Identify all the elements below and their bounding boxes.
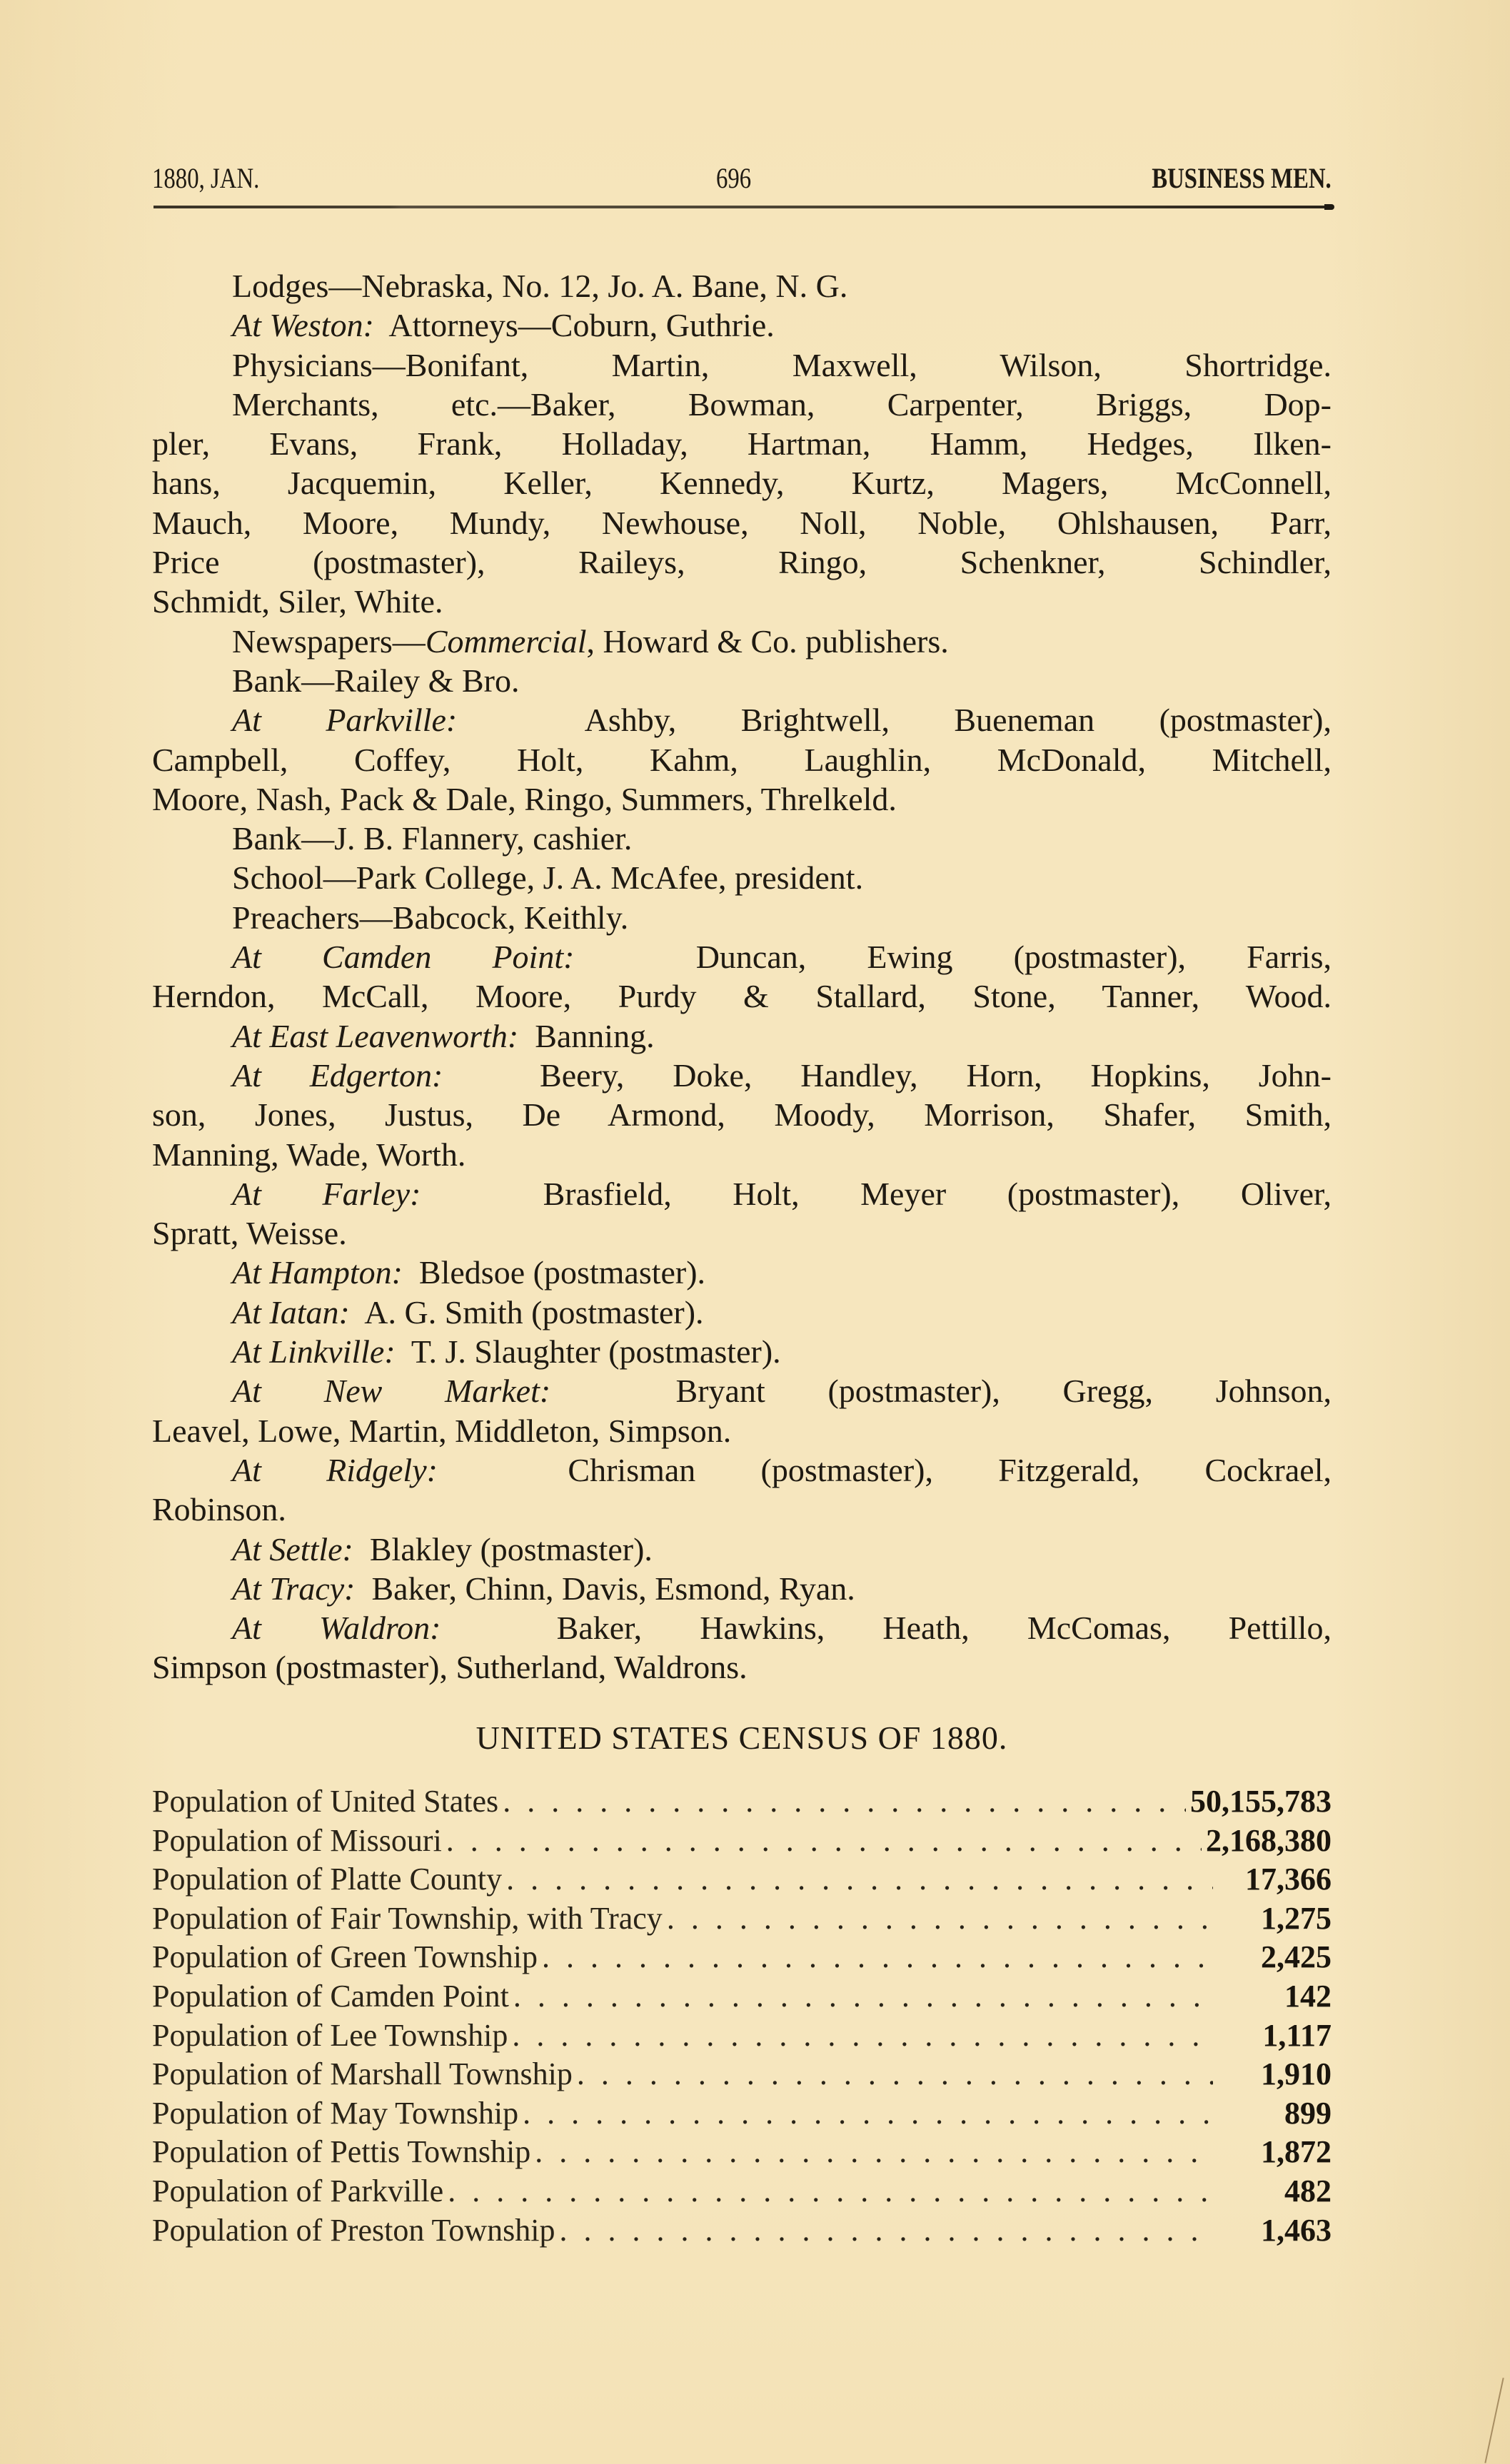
dot-leader: . . . . . . . . . . . . . . . . . . . . … — [503, 1782, 1186, 1822]
place-name: At Hampton: — [232, 1254, 403, 1291]
text-line: At Parkville: Ashby, Brightwell, Buenema… — [152, 700, 1332, 739]
text-line: Manning, Wade, Worth. — [152, 1135, 1332, 1174]
census-label: Population of Pettis Township — [152, 2133, 530, 2172]
entry-text: Mauch, Moore, Mundy, Newhouse, Noll, Nob… — [152, 505, 1332, 541]
text-line: Simpson (postmaster), Sutherland, Waldro… — [152, 1647, 1332, 1687]
entry-text: A. G. Smith (postmaster). — [350, 1294, 704, 1331]
census-value: 899 — [1217, 2094, 1332, 2134]
entry-text: Duncan, Ewing (postmaster), Farris, — [574, 939, 1332, 975]
text-line: At Waldron: Baker, Hawkins, Heath, McCom… — [152, 1608, 1332, 1647]
dot-leader: . . . . . . . . . . . . . . . . . . . . … — [559, 2211, 1213, 2251]
entry-text: School—Park College, J. A. McAfee, presi… — [232, 859, 863, 896]
census-label: Population of Parkville — [152, 2172, 443, 2211]
census-table: Population of United States. . . . . . .… — [152, 1782, 1332, 2250]
place-name: At Edgerton: — [232, 1057, 443, 1094]
text-line: Bank—Railey & Bro. — [152, 661, 1332, 700]
census-row: Population of Parkville. . . . . . . . .… — [152, 2172, 1332, 2211]
entry-text: Physicians—Bonifant, Martin, Maxwell, Wi… — [232, 347, 1332, 383]
dot-leader: . . . . . . . . . . . . . . . . . . . . … — [535, 2133, 1213, 2172]
dot-leader: . . . . . . . . . . . . . . . . . . . . … — [667, 1899, 1213, 1939]
entry-text: Banning. — [518, 1018, 654, 1054]
entry-text: Leavel, Lowe, Martin, Middleton, Simpson… — [152, 1413, 731, 1449]
text-line: Herndon, McCall, Moore, Purdy & Stallard… — [152, 976, 1332, 1016]
entry-text: Spratt, Weisse. — [152, 1215, 347, 1251]
text-line: Price (postmaster), Raileys, Ringo, Sche… — [152, 542, 1332, 582]
entry-text: T. J. Slaughter (postmaster). — [396, 1333, 781, 1370]
census-value: 1,910 — [1217, 2055, 1332, 2094]
text-line: Schmidt, Siler, White. — [152, 582, 1332, 621]
entry-text: pler, Evans, Frank, Holladay, Hartman, H… — [152, 425, 1332, 462]
place-name: Commercial — [426, 623, 587, 660]
entry-text: Moore, Nash, Pack & Dale, Ringo, Summers… — [152, 781, 897, 817]
text-line: At East Leavenworth: Banning. — [152, 1016, 1332, 1056]
place-name: At Linkville: — [232, 1333, 396, 1370]
place-name: At Weston: — [232, 307, 374, 343]
entry-text: Ashby, Brightwell, Bueneman (postmaster)… — [457, 702, 1332, 738]
entry-text: Preachers—Babcock, Keithly. — [232, 899, 628, 936]
text-line: At Weston: Attorneys—Coburn, Guthrie. — [152, 306, 1332, 345]
entry-text: Attorneys—Coburn, Guthrie. — [374, 307, 775, 343]
text-line: Moore, Nash, Pack & Dale, Ringo, Summers… — [152, 779, 1332, 819]
dot-leader: . . . . . . . . . . . . . . . . . . . . … — [523, 2094, 1213, 2134]
text-line: Campbell, Coffey, Holt, Kahm, Laughlin, … — [152, 740, 1332, 779]
census-label: Population of Camden Point — [152, 1977, 509, 2016]
census-label: Population of Preston Township — [152, 2211, 555, 2251]
running-head-date: 1880, JAN. — [152, 161, 259, 195]
census-row: Population of United States. . . . . . .… — [152, 1782, 1332, 1822]
entry-text: Herndon, McCall, Moore, Purdy & Stallard… — [152, 978, 1332, 1014]
dot-leader: . . . . . . . . . . . . . . . . . . . . … — [506, 1860, 1213, 1899]
entry-text: Simpson (postmaster), Sutherland, Waldro… — [152, 1649, 748, 1685]
dot-leader: . . . . . . . . . . . . . . . . . . . . … — [513, 1977, 1213, 2016]
text-line: Mauch, Moore, Mundy, Newhouse, Noll, Nob… — [152, 503, 1332, 542]
text-line: At Ridgely: Chrisman (postmaster), Fitzg… — [152, 1450, 1332, 1490]
text-line: At Edgerton: Beery, Doke, Handley, Horn,… — [152, 1056, 1332, 1095]
entry-text: Manning, Wade, Worth. — [152, 1136, 465, 1173]
entry-text: Bledsoe (postmaster). — [403, 1254, 705, 1291]
census-label: Population of Green Township — [152, 1938, 538, 1977]
entry-text: Merchants, etc.—Baker, Bowman, Carpenter… — [232, 386, 1332, 423]
entry-text: , Howard & Co. publishers. — [587, 623, 949, 660]
text-line: At Linkville: T. J. Slaughter (postmaste… — [152, 1332, 1332, 1371]
entry-text: Bryant (postmaster), Gregg, Johnson, — [550, 1373, 1332, 1409]
place-name: At Ridgely: — [232, 1452, 438, 1488]
running-head: 1880, JAN. 696 BUSINESS MEN. — [152, 161, 1332, 197]
place-name: At New Market: — [232, 1373, 550, 1409]
census-label: Population of Missouri — [152, 1822, 442, 1861]
business-directory-text: Lodges—Nebraska, No. 12, Jo. A. Bane, N.… — [152, 266, 1332, 1687]
text-line: hans, Jacquemin, Keller, Kennedy, Kurtz,… — [152, 463, 1332, 503]
place-name: At Waldron: — [232, 1610, 441, 1646]
census-row: Population of Preston Township. . . . . … — [152, 2211, 1332, 2251]
census-value: 2,168,380 — [1206, 1822, 1332, 1861]
entry-text: Blakley (postmaster). — [353, 1531, 653, 1567]
census-row: Population of Fair Township, with Tracy.… — [152, 1899, 1332, 1939]
census-label: Population of Fair Township, with Tracy — [152, 1899, 663, 1939]
census-value: 1,872 — [1217, 2133, 1332, 2172]
text-line: At Iatan: A. G. Smith (postmaster). — [152, 1293, 1332, 1332]
text-line: Lodges—Nebraska, No. 12, Jo. A. Bane, N.… — [152, 266, 1332, 306]
header-rule — [153, 206, 1333, 208]
place-name: At Tracy: — [232, 1570, 355, 1607]
census-value: 17,366 — [1217, 1860, 1332, 1899]
census-row: Population of Lee Township. . . . . . . … — [152, 2016, 1332, 2056]
text-line: Bank—J. B. Flannery, cashier. — [152, 819, 1332, 858]
entry-text: son, Jones, Justus, De Armond, Moody, Mo… — [152, 1096, 1332, 1133]
census-row: Population of Platte County. . . . . . .… — [152, 1860, 1332, 1899]
page-number: 696 — [716, 161, 751, 195]
place-name: At Camden Point: — [232, 939, 574, 975]
census-title: UNITED STATES CENSUS OF 1880. — [152, 1719, 1332, 1757]
census-value: 142 — [1217, 1977, 1332, 2016]
entry-text: Bank—J. B. Flannery, cashier. — [232, 820, 632, 857]
dot-leader: . . . . . . . . . . . . . . . . . . . . … — [446, 1822, 1202, 1861]
text-line: At Settle: Blakley (postmaster). — [152, 1530, 1332, 1569]
text-line: Physicians—Bonifant, Martin, Maxwell, Wi… — [152, 345, 1332, 385]
dot-leader: . . . . . . . . . . . . . . . . . . . . … — [577, 2055, 1213, 2094]
place-name: At Iatan: — [232, 1294, 350, 1331]
text-line: At Farley: Brasfield, Holt, Meyer (postm… — [152, 1174, 1332, 1213]
place-name: At East Leavenworth: — [232, 1018, 518, 1054]
entry-text: Newspapers— — [232, 623, 426, 660]
text-line: Leavel, Lowe, Martin, Middleton, Simpson… — [152, 1411, 1332, 1450]
census-row: Population of Pettis Township. . . . . .… — [152, 2133, 1332, 2172]
dot-leader: . . . . . . . . . . . . . . . . . . . . … — [512, 2016, 1213, 2056]
entry-text: Lodges—Nebraska, No. 12, Jo. A. Bane, N.… — [232, 268, 847, 304]
paper-crack — [1484, 2378, 1504, 2463]
entry-text: Campbell, Coffey, Holt, Kahm, Laughlin, … — [152, 742, 1332, 778]
header-rule-tip — [1324, 204, 1334, 210]
entry-text: Baker, Chinn, Davis, Esmond, Ryan. — [355, 1570, 855, 1607]
census-value: 50,155,783 — [1190, 1782, 1332, 1822]
census-row: Population of Marshall Township. . . . .… — [152, 2055, 1332, 2094]
text-line: son, Jones, Justus, De Armond, Moody, Mo… — [152, 1095, 1332, 1134]
census-label: Population of United States — [152, 1782, 498, 1822]
place-name: At Parkville: — [232, 702, 457, 738]
entry-text: hans, Jacquemin, Keller, Kennedy, Kurtz,… — [152, 465, 1332, 501]
entry-text: Chrisman (postmaster), Fitzgerald, Cockr… — [438, 1452, 1332, 1488]
dot-leader: . . . . . . . . . . . . . . . . . . . . … — [448, 2172, 1213, 2211]
text-line: At Tracy: Baker, Chinn, Davis, Esmond, R… — [152, 1569, 1332, 1608]
entry-text: Schmidt, Siler, White. — [152, 583, 443, 620]
entry-text: Robinson. — [152, 1491, 286, 1528]
text-line: Robinson. — [152, 1490, 1332, 1529]
text-line: At Hampton: Bledsoe (postmaster). — [152, 1253, 1332, 1292]
text-line: pler, Evans, Frank, Holladay, Hartman, H… — [152, 424, 1332, 463]
place-name: At Farley: — [232, 1176, 421, 1212]
entry-text: Bank—Railey & Bro. — [232, 662, 519, 699]
census-row: Population of Camden Point. . . . . . . … — [152, 1977, 1332, 2016]
census-row: Population of May Township. . . . . . . … — [152, 2094, 1332, 2134]
entry-text: Baker, Hawkins, Heath, McComas, Pettillo… — [441, 1610, 1332, 1646]
census-row: Population of Green Township. . . . . . … — [152, 1938, 1332, 1977]
place-name: At Settle: — [232, 1531, 353, 1567]
census-label: Population of Marshall Township — [152, 2055, 573, 2094]
text-line: At New Market: Bryant (postmaster), Greg… — [152, 1371, 1332, 1410]
census-label: Population of May Township — [152, 2094, 518, 2134]
text-line: School—Park College, J. A. McAfee, presi… — [152, 858, 1332, 897]
entry-text: Beery, Doke, Handley, Horn, Hopkins, Joh… — [443, 1057, 1332, 1094]
text-line: Spratt, Weisse. — [152, 1213, 1332, 1253]
entry-text: Brasfield, Holt, Meyer (postmaster), Oli… — [421, 1176, 1332, 1212]
census-label: Population of Lee Township — [152, 2016, 508, 2056]
running-head-section-title: BUSINESS MEN. — [1152, 161, 1332, 195]
census-value: 1,117 — [1217, 2016, 1332, 2056]
text-line: Newspapers—Commercial, Howard & Co. publ… — [152, 622, 1332, 661]
book-page: 1880, JAN. 696 BUSINESS MEN. Lodges—Nebr… — [0, 0, 1510, 2464]
text-line: Preachers—Babcock, Keithly. — [152, 898, 1332, 937]
entry-text: Price (postmaster), Raileys, Ringo, Sche… — [152, 544, 1332, 580]
census-value: 2,425 — [1217, 1938, 1332, 1977]
census-value: 1,463 — [1217, 2211, 1332, 2251]
text-line: Merchants, etc.—Baker, Bowman, Carpenter… — [152, 385, 1332, 424]
census-value: 1,275 — [1217, 1899, 1332, 1939]
dot-leader: . . . . . . . . . . . . . . . . . . . . … — [542, 1938, 1213, 1977]
text-line: At Camden Point: Duncan, Ewing (postmast… — [152, 937, 1332, 976]
census-row: Population of Missouri. . . . . . . . . … — [152, 1822, 1332, 1861]
census-label: Population of Platte County — [152, 1860, 502, 1899]
census-value: 482 — [1217, 2172, 1332, 2211]
